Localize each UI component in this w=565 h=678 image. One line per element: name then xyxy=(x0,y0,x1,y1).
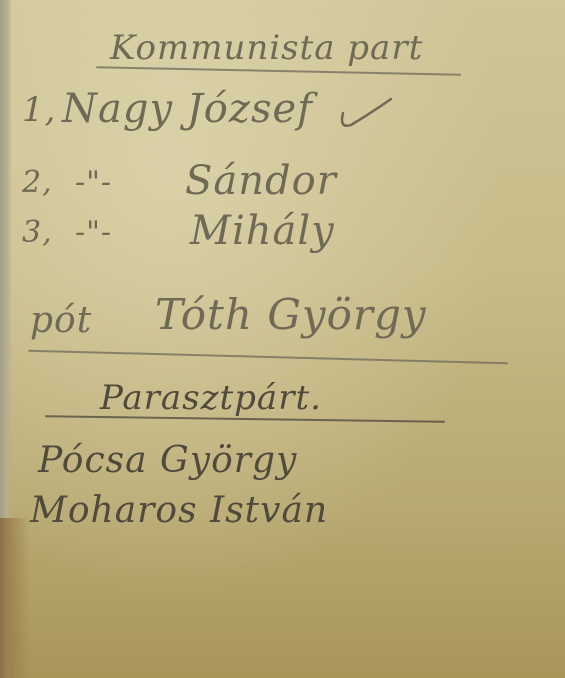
ditto-mark: -"- xyxy=(75,215,112,250)
entry-number: 3, xyxy=(22,215,53,250)
alternate-name: Tóth György xyxy=(155,290,427,339)
ditto-mark: -"- xyxy=(75,165,112,200)
entry-name: Mihály xyxy=(190,208,335,254)
section-heading-communist-party: Kommunista part xyxy=(110,28,423,68)
entry-number: 2, xyxy=(22,165,53,200)
entry-name: Pócsa György xyxy=(38,440,297,481)
entry-name: Nagy József xyxy=(62,86,313,132)
section-heading-peasant-party: Parasztpárt. xyxy=(100,378,322,418)
entry-name: Moharos István xyxy=(30,490,328,531)
entry-number: 1, xyxy=(22,90,56,130)
section-divider xyxy=(28,350,508,365)
checkmark-icon xyxy=(335,95,395,135)
entry-name: Sándor xyxy=(185,158,337,204)
alternate-label: pót xyxy=(30,300,92,341)
page-edge-shadow xyxy=(0,518,30,678)
document-page: Kommunista part 1, Nagy József 2, -"- Sá… xyxy=(0,0,565,678)
